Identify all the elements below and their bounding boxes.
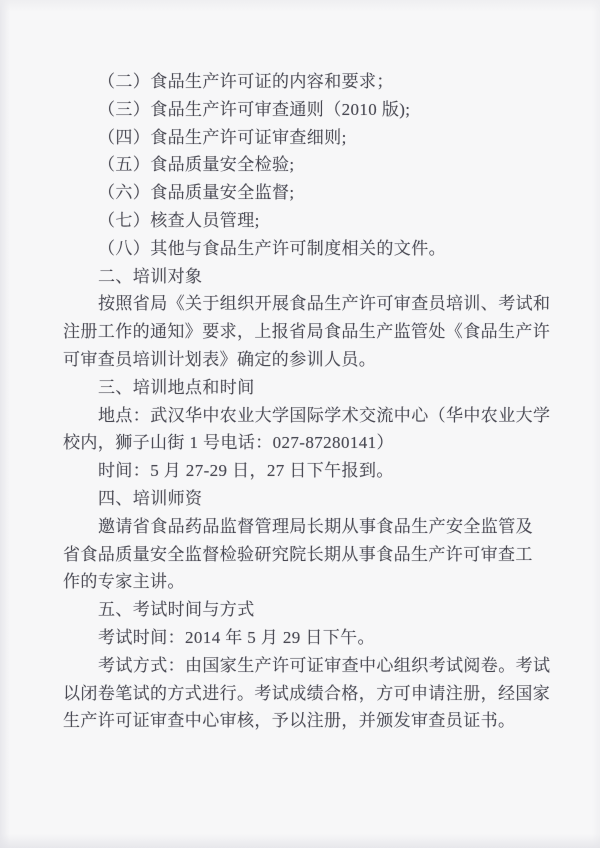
text-line: 考试时间：2014 年 5 月 29 日下午。 <box>63 624 549 652</box>
text-line: （三）食品生产许可审查通则（2010 版); <box>63 96 549 124</box>
scanned-document-page: （二）食品生产许可证的内容和要求；（三）食品生产许可审查通则（2010 版);（… <box>0 0 600 848</box>
scan-edge-bottom <box>0 834 600 848</box>
text-line: （四）食品生产许可证审查细则; <box>63 124 549 152</box>
section-heading: 四、培训师资 <box>63 485 549 513</box>
section-heading: 二、培训对象 <box>63 263 549 291</box>
text-line: 以闭卷笔试的方式进行。考试成绩合格，方可申请注册，经国家 <box>63 680 549 708</box>
scan-edge-right <box>592 0 600 848</box>
text-line: （六）食品质量安全监督; <box>63 179 549 207</box>
document-body: （二）食品生产许可证的内容和要求；（三）食品生产许可审查通则（2010 版);（… <box>63 68 549 735</box>
section-heading: 三、培训地点和时间 <box>63 374 549 402</box>
text-line: 按照省局《关于组织开展食品生产许可审查员培训、考试和 <box>63 290 549 318</box>
text-line: 校内，狮子山街 1 号电话：027-87280141） <box>63 429 549 457</box>
text-line: 注册工作的通知》要求，上报省局食品生产监管处《食品生产许 <box>63 318 549 346</box>
section-heading: 五、考试时间与方式 <box>63 596 549 624</box>
text-line: 考试方式：由国家生产许可证审查中心组织考试阅卷。考试 <box>63 652 549 680</box>
text-line: 省食品质量安全监督检验研究院长期从事食品生产许可审查工 <box>63 541 549 569</box>
scan-edge-top <box>0 0 600 12</box>
text-line: （八）其他与食品生产许可制度相关的文件。 <box>63 235 549 263</box>
text-line: 地点：武汉华中农业大学国际学术交流中心（华中农业大学 <box>63 402 549 430</box>
text-line: 作的专家主讲。 <box>63 568 549 596</box>
text-line: （五）食品质量安全检验; <box>63 151 549 179</box>
scan-edge-left <box>0 0 10 848</box>
text-line: 生产许可证审查中心审核，予以注册，并颁发审查员证书。 <box>63 707 549 735</box>
text-line: （七）核查人员管理; <box>63 207 549 235</box>
text-line: 可审查员培训计划表》确定的参训人员。 <box>63 346 549 374</box>
text-line: 时间：5 月 27-29 日，27 日下午报到。 <box>63 457 549 485</box>
text-line: （二）食品生产许可证的内容和要求； <box>63 68 549 96</box>
text-line: 邀请省食品药品监督管理局长期从事食品生产安全监管及 <box>63 513 549 541</box>
